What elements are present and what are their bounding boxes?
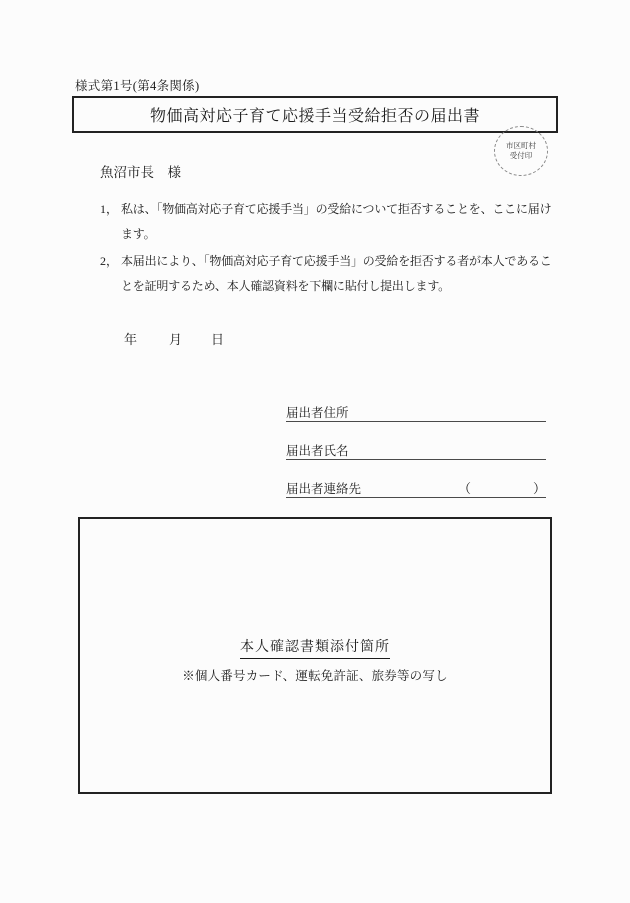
field-applicant-address-label: 届出者住所 [286, 406, 349, 420]
clause-1: 1， 私は、「物価高対応子育て応援手当」の受給について拒否することを、ここに届け… [100, 197, 572, 247]
clause-2: 2， 本届出により、「物価高対応子育て応援手当」の受給を拒否する者が本人であるこ… [100, 249, 572, 299]
field-applicant-contact-label: 届出者連絡先 [286, 482, 361, 496]
form-number-label: 様式第1号(第4条関係) [75, 76, 199, 94]
date-month-label: 月 [169, 332, 182, 348]
stamp-line-2: 受付印 [510, 151, 533, 161]
document-page: 様式第1号(第4条関係) 物価高対応子育て応援手当受給拒否の届出書 市区町村 受… [0, 0, 630, 903]
field-applicant-name: 届出者氏名 [286, 443, 546, 460]
field-applicant-contact: 届出者連絡先 （ ） [286, 481, 546, 498]
attachment-box: 本人確認書類添付箇所 ※個人番号カード、運転免許証、旅券等の写し [78, 517, 552, 794]
clause-2-text: 本届出により、「物価高対応子育て応援手当」の受給を拒否する者が本人であるこ とを… [121, 249, 572, 299]
field-applicant-address: 届出者住所 [286, 405, 546, 422]
date-day-label: 日 [211, 332, 224, 348]
contact-paren-close: ） [533, 481, 546, 497]
date-year-label: 年 [124, 332, 137, 348]
attachment-box-title: 本人確認書類添付箇所 [240, 636, 390, 659]
clause-2-number: 2， [100, 249, 118, 274]
date-line: 年 月 日 [0, 332, 630, 348]
attachment-box-note: ※個人番号カード、運転免許証、旅券等の写し [80, 666, 550, 684]
title-box: 物価高対応子育て応援手当受給拒否の届出書 [72, 96, 558, 133]
contact-paren-open: （ [458, 481, 471, 497]
stamp-line-1: 市区町村 [506, 141, 536, 151]
clause-1-text: 私は、「物価高対応子育て応援手当」の受給について拒否することを、ここに届け ます… [121, 197, 572, 247]
field-applicant-name-label: 届出者氏名 [286, 444, 349, 458]
reception-stamp-circle: 市区町村 受付印 [494, 126, 548, 176]
clause-1-number: 1， [100, 197, 118, 222]
recipient-line: 魚沼市長 様 [100, 161, 181, 181]
document-title: 物価高対応子育て応援手当受給拒否の届出書 [150, 103, 480, 126]
